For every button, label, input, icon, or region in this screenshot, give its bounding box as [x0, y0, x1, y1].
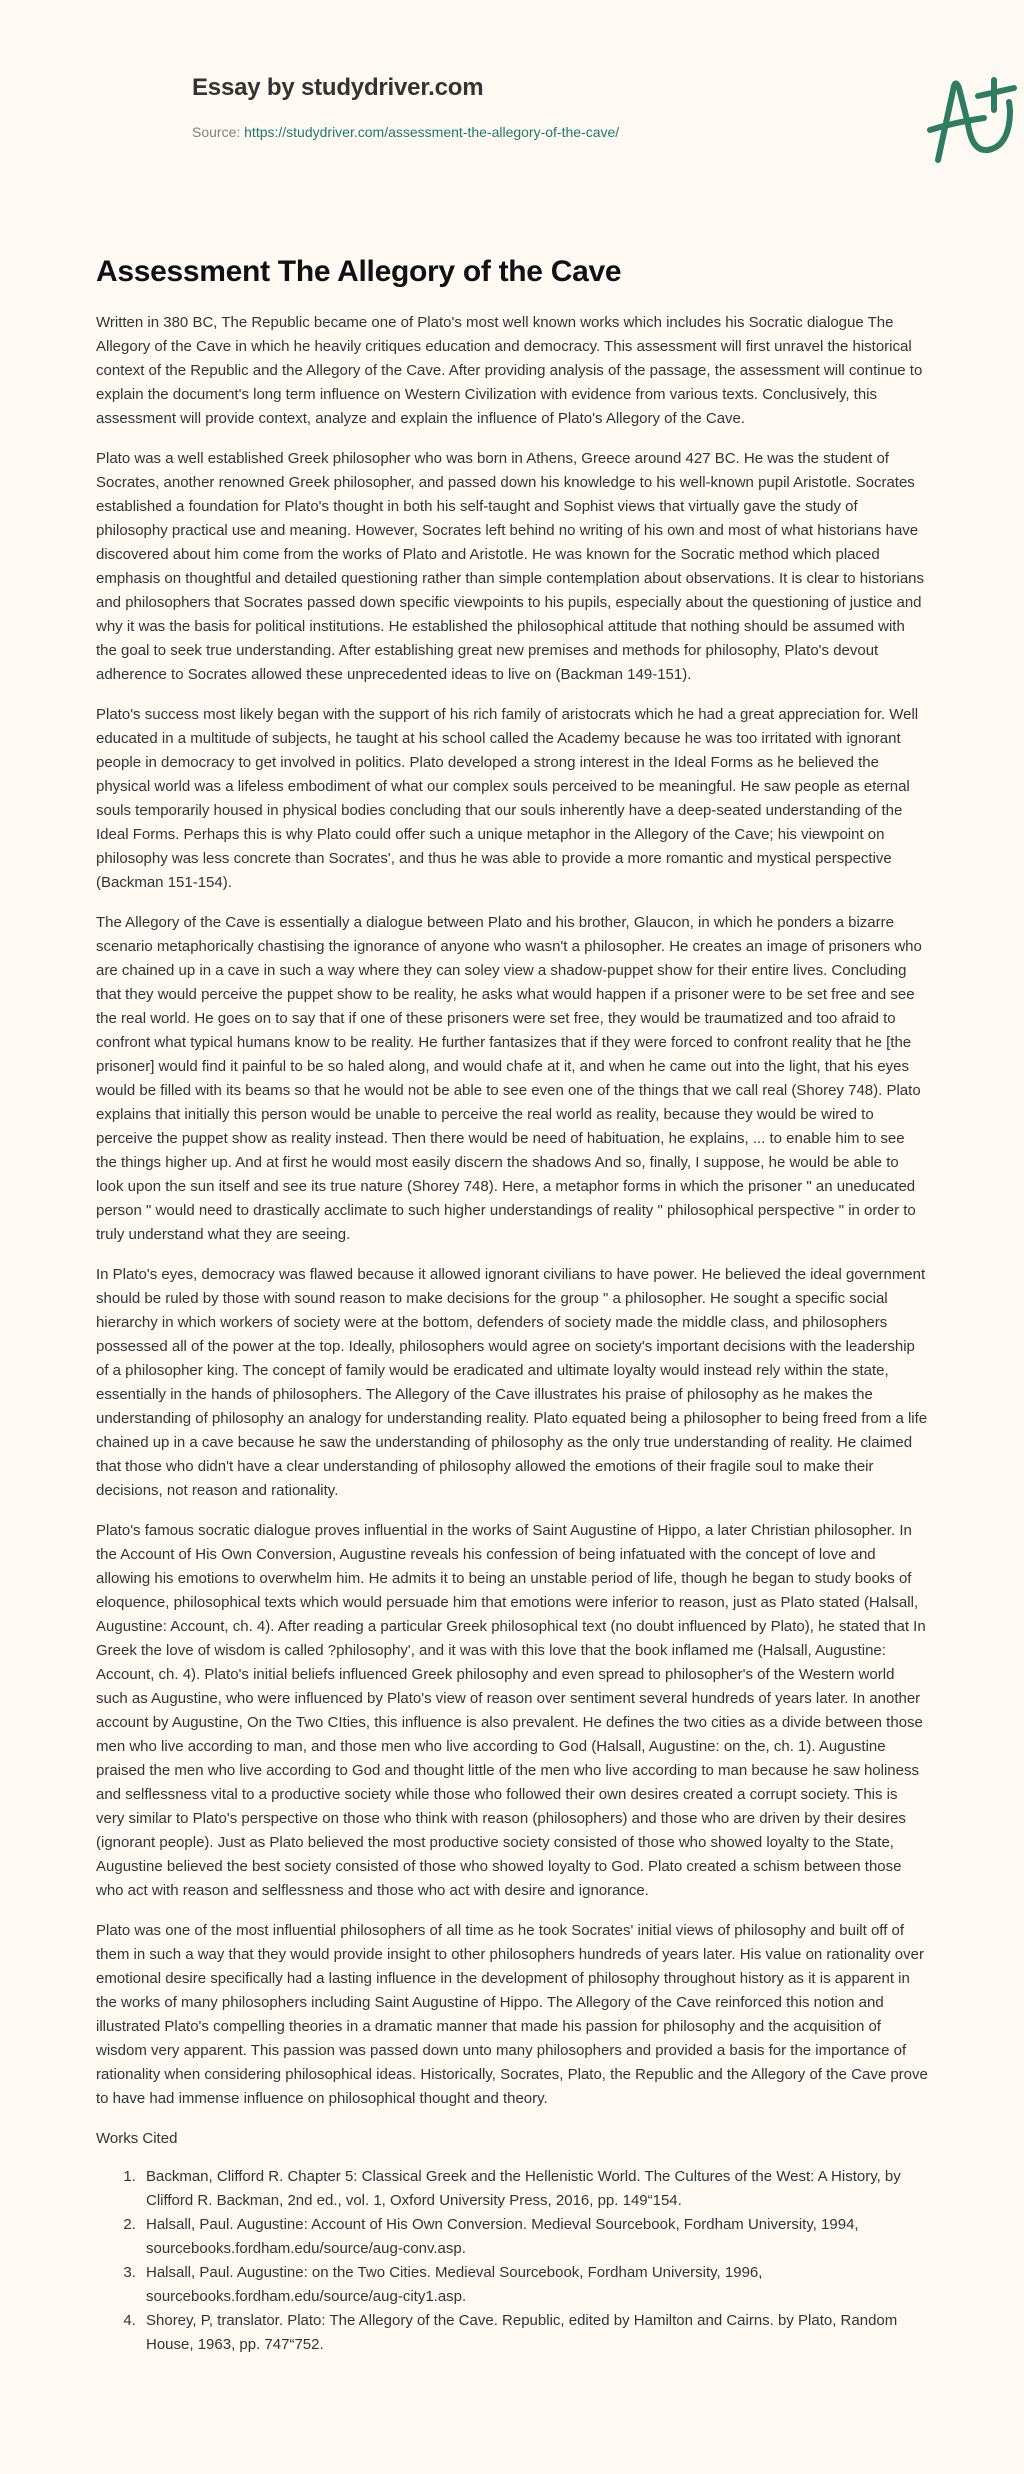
citation-item: Halsall, Paul. Augustine: Account of His…	[140, 2213, 928, 2261]
paragraph: Plato's famous socratic dialogue proves …	[96, 1519, 928, 1903]
source-line: Source: https://studydriver.com/assessme…	[192, 124, 619, 140]
page-header: Essay by studydriver.com Source: https:/…	[96, 0, 928, 205]
citation-item: Halsall, Paul. Augustine: on the Two Cit…	[140, 2261, 928, 2309]
source-link[interactable]: https://studydriver.com/assessment-the-a…	[244, 124, 619, 140]
essay-page: Essay by studydriver.com Source: https:/…	[0, 0, 1024, 2357]
a-plus-grade-icon	[916, 66, 1024, 166]
essay-body: Written in 380 BC, The Republic became o…	[96, 311, 928, 2111]
paragraph: Written in 380 BC, The Republic became o…	[96, 311, 928, 431]
paragraph: The Allegory of the Cave is essentially …	[96, 911, 928, 1247]
citations-list: Backman, Clifford R. Chapter 5: Classica…	[96, 2165, 928, 2357]
paragraph: Plato was a well established Greek philo…	[96, 447, 928, 687]
paragraph: In Plato's eyes, democracy was flawed be…	[96, 1263, 928, 1503]
paragraph: Plato was one of the most influential ph…	[96, 1919, 928, 2111]
works-cited-heading: Works Cited	[96, 2127, 928, 2151]
brand-heading: Essay by studydriver.com	[192, 74, 483, 102]
paragraph: Plato's success most likely began with t…	[96, 703, 928, 895]
source-label: Source:	[192, 124, 240, 140]
citation-item: Backman, Clifford R. Chapter 5: Classica…	[140, 2165, 928, 2213]
essay-title: Assessment The Allegory of the Cave	[96, 253, 928, 291]
citation-item: Shorey, P, translator. Plato: The Allego…	[140, 2309, 928, 2357]
